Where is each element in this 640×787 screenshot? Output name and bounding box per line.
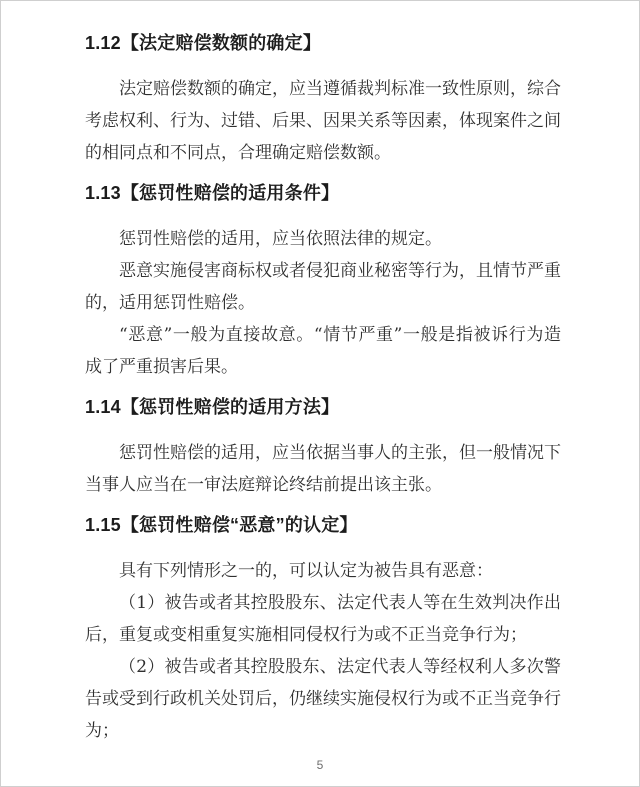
body-paragraph: 惩罚性赔偿的适用，应当依照法律的规定。 [85,223,561,255]
section-heading: 1.13【惩罚性赔偿的适用条件】 [85,181,561,205]
section-1-13: 1.13【惩罚性赔偿的适用条件】 惩罚性赔偿的适用，应当依照法律的规定。 恶意实… [85,181,561,383]
body-paragraph: 具有下列情形之一的，可以认定为被告具有恶意： [85,555,561,587]
section-heading: 1.12【法定赔偿数额的确定】 [85,31,561,55]
section-heading: 1.14【惩罚性赔偿的适用方法】 [85,395,561,419]
document-page: 1.12【法定赔偿数额的确定】 法定赔偿数额的确定，应当遵循裁判标准一致性原则，… [0,0,640,787]
body-paragraph: （1）被告或者其控股股东、法定代表人等在生效判决作出后，重复或变相重复实施相同侵… [85,587,561,651]
section-heading: 1.15【惩罚性赔偿“恶意”的认定】 [85,513,561,537]
section-1-15: 1.15【惩罚性赔偿“恶意”的认定】 具有下列情形之一的，可以认定为被告具有恶意… [85,513,561,747]
body-paragraph: （2）被告或者其控股股东、法定代表人等经权利人多次警告或受到行政机关处罚后，仍继… [85,651,561,747]
body-paragraph: 法定赔偿数额的确定，应当遵循裁判标准一致性原则，综合考虑权利、行为、过错、后果、… [85,73,561,169]
section-1-12: 1.12【法定赔偿数额的确定】 法定赔偿数额的确定，应当遵循裁判标准一致性原则，… [85,31,561,169]
page-number: 5 [1,758,639,772]
document-content: 1.12【法定赔偿数额的确定】 法定赔偿数额的确定，应当遵循裁判标准一致性原则，… [85,31,561,747]
body-paragraph: 恶意实施侵害商标权或者侵犯商业秘密等行为，且情节严重的，适用惩罚性赔偿。 [85,255,561,319]
body-paragraph: “恶意”一般为直接故意。“情节严重”一般是指被诉行为造成了严重损害后果。 [85,319,561,383]
body-paragraph: 惩罚性赔偿的适用，应当依据当事人的主张，但一般情况下当事人应当在一审法庭辩论终结… [85,437,561,501]
section-1-14: 1.14【惩罚性赔偿的适用方法】 惩罚性赔偿的适用，应当依据当事人的主张，但一般… [85,395,561,501]
